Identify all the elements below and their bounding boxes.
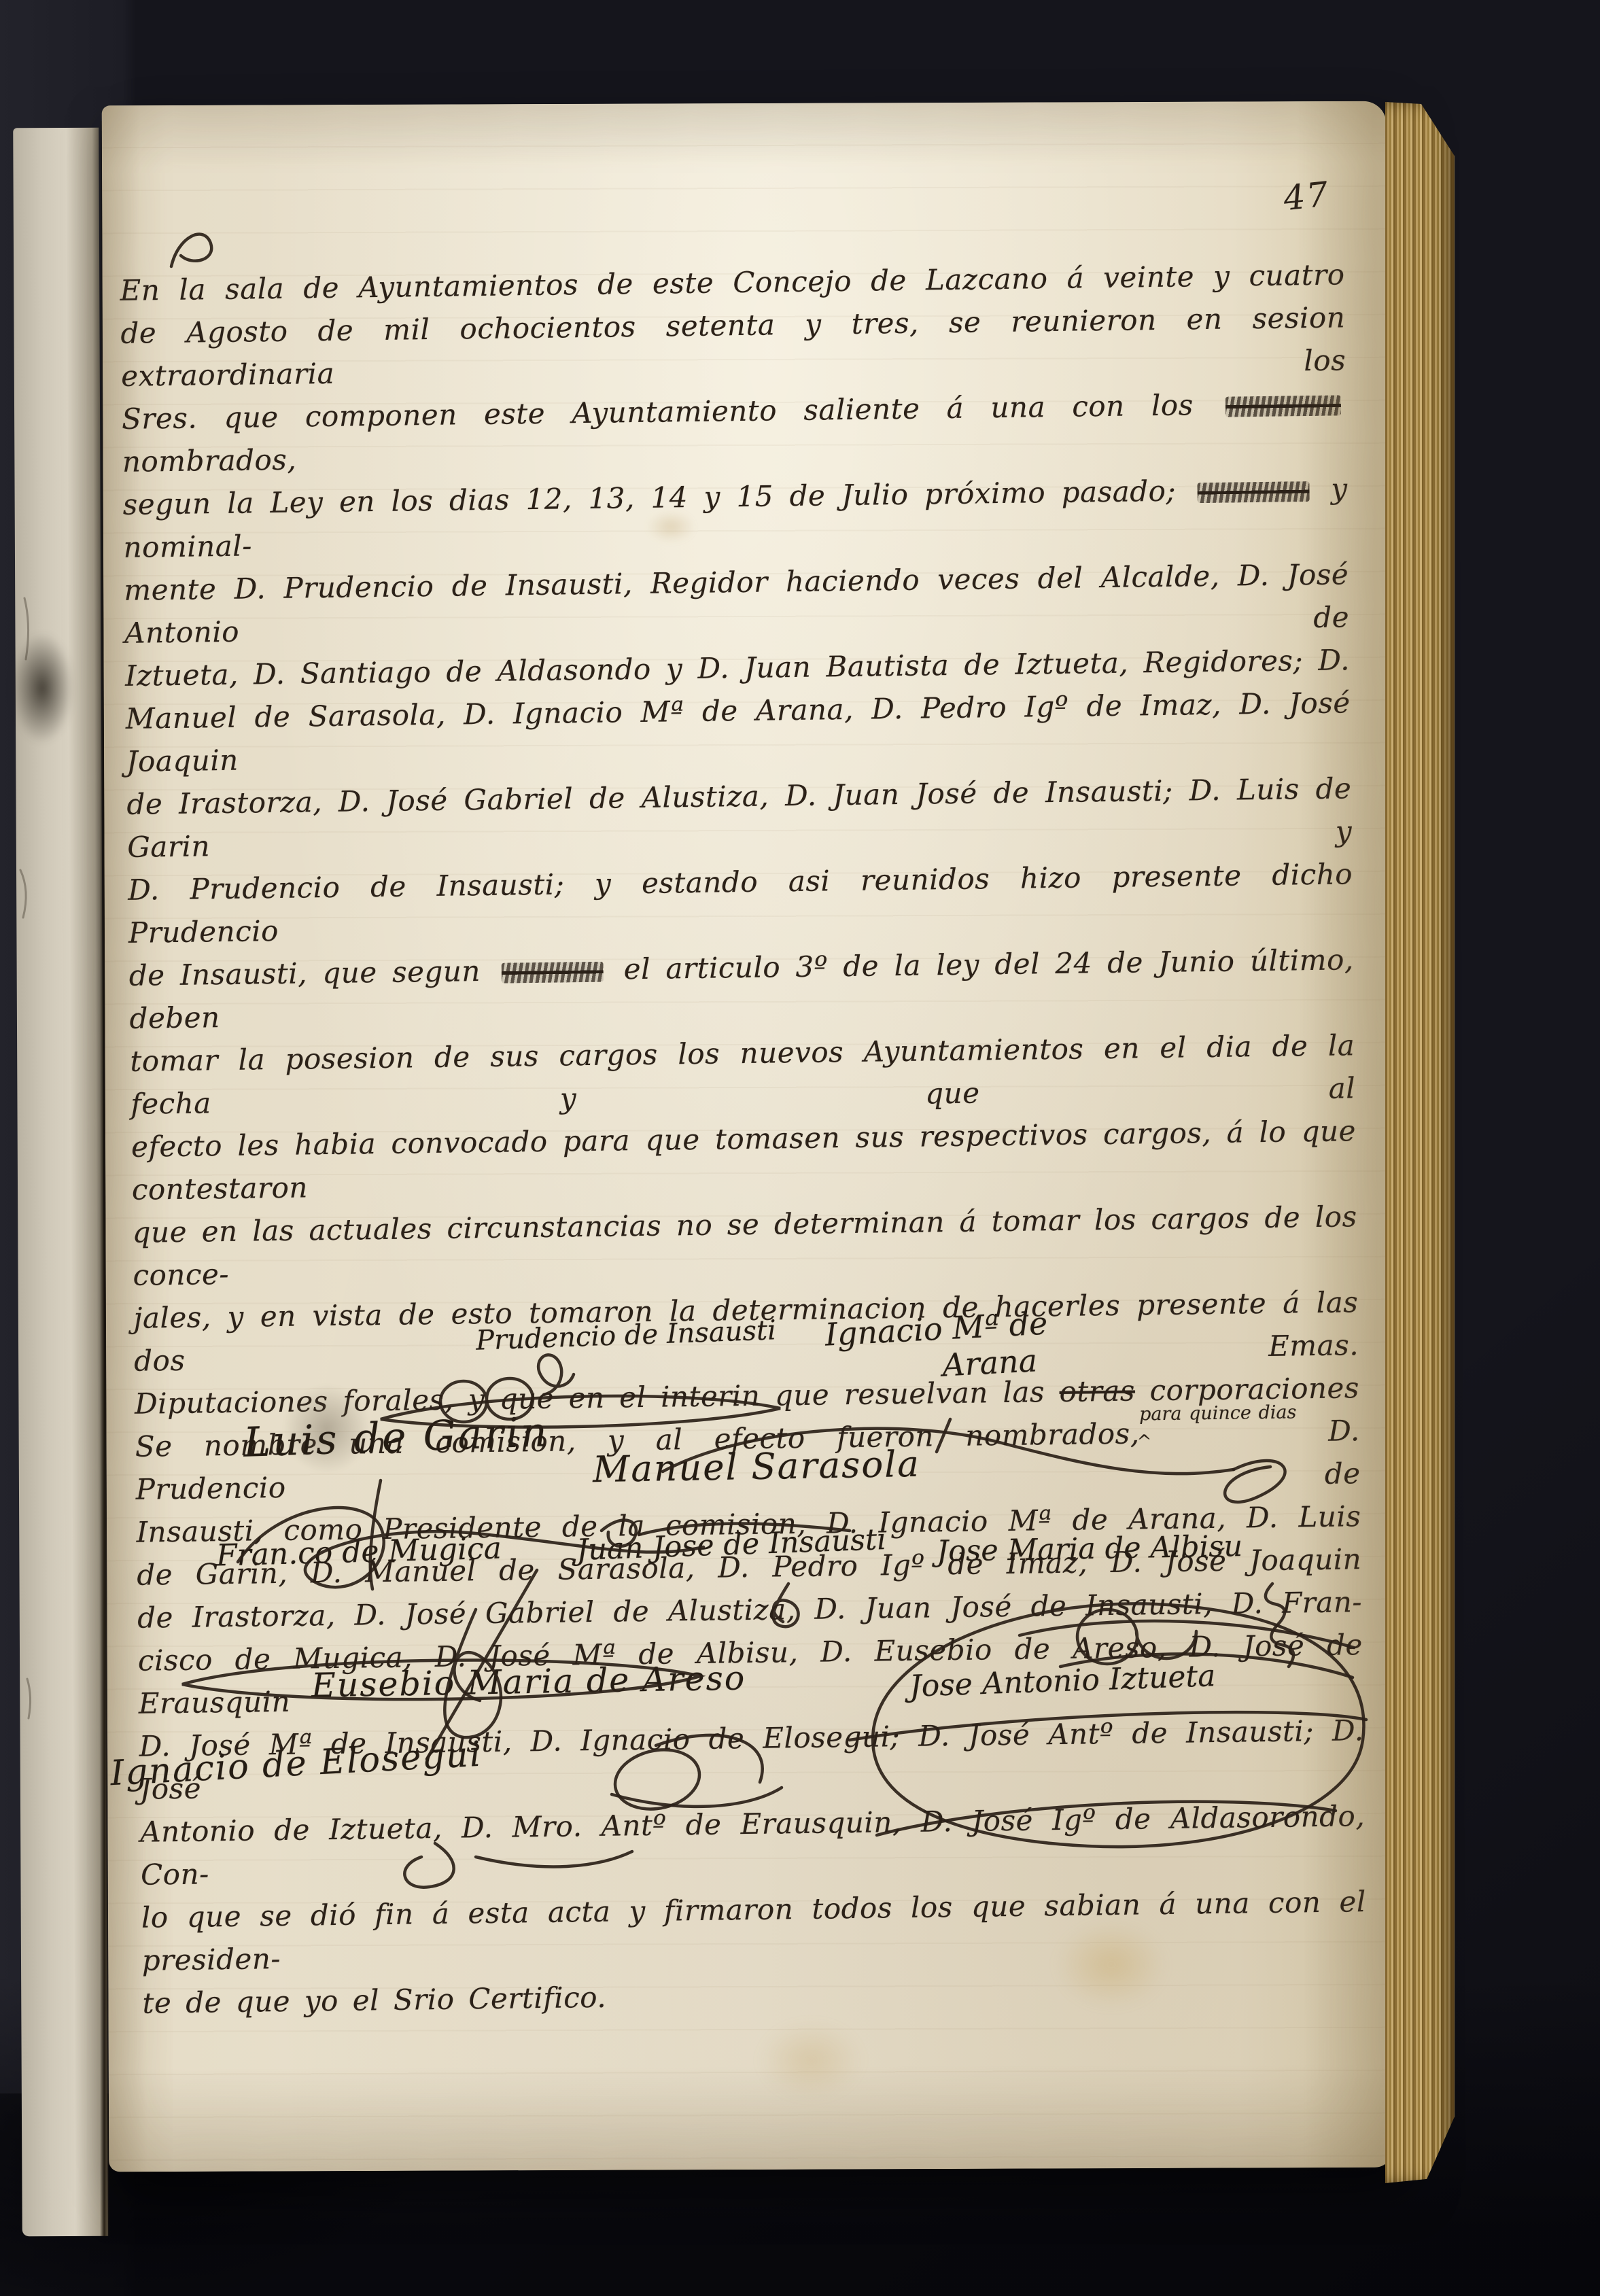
text-line: Antonio de Iztueta, D. Mro. Antº de Erau…	[140, 1794, 1366, 1896]
crossed-out-scribble	[1198, 481, 1310, 503]
signature: Manuel Sarasola	[593, 1444, 921, 1491]
text-line: tomar la posesion de sus cargos los nuev…	[130, 1024, 1355, 1126]
text-line: D. Prudencio de Insausti; y estando asi …	[128, 852, 1353, 954]
foxing-stain	[760, 2022, 862, 2098]
text-segment: de Agosto de mil ochocientos setenta y t…	[120, 300, 1346, 393]
text-segment: corporaciones	[1135, 1371, 1360, 1407]
text-segment: nombrados,	[122, 443, 297, 479]
text-segment: tomar la posesion de sus cargos los nuev…	[130, 1028, 1355, 1121]
text-line: segun la Ley en los dias 12, 13, 14 y 15…	[122, 467, 1348, 569]
signature-name-line: Jose Maria de Albisu	[937, 1529, 1243, 1569]
foxing-stain	[647, 511, 695, 542]
foxing-stain	[1057, 1922, 1166, 2007]
book-page: 47 En la sala de Ayuntamientos de este C…	[102, 101, 1394, 2172]
text-segment: D. Prudencio de Insausti; y estando asi …	[128, 857, 1353, 950]
crossed-out-scribble	[501, 962, 603, 984]
text-segment: el articulo 3º de la ley del 24 de Junio…	[129, 943, 1354, 1035]
signature: Ignacio Mª deArana	[824, 1304, 1050, 1389]
text-segment: que en las actuales circunstancias no se…	[132, 1200, 1357, 1292]
text-segment: Iztueta, D. Santiago de Aldasondo y D. J…	[125, 643, 1350, 693]
text-segment: Antonio de Iztueta, D. Mro. Antº de Erau…	[140, 1799, 1365, 1892]
text-line: Iztueta, D. Santiago de Aldasondo y D. J…	[125, 638, 1351, 697]
text-line: de Agosto de mil ochocientos setenta y t…	[120, 296, 1346, 398]
text-line: de Insausti, que segun el articulo 3º de…	[128, 938, 1354, 1040]
facing-page-edge	[13, 128, 108, 2237]
text-segment: Sres. que componen este Ayuntamiento sal…	[122, 388, 1221, 436]
text-line: Sres. que componen este Ayuntamiento sal…	[122, 381, 1347, 483]
text-line: En la sala de Ayuntamientos de este Conc…	[120, 253, 1345, 312]
text-line: de Irastorza, D. José Gabriel de Alustiz…	[126, 767, 1352, 869]
text-segment: efecto les habia convocado para que toma…	[131, 1114, 1356, 1206]
text-segment: otras	[1059, 1374, 1135, 1408]
signature-name-line: Eusebio Maria de Areso	[311, 1658, 746, 1705]
gilded-fore-edge	[1385, 102, 1455, 2183]
text-segment: lo que se dió fin á esta acta y firmaron…	[141, 1885, 1366, 1977]
page-number: 47	[1281, 171, 1367, 219]
text-segment: En la sala de Ayuntamientos de este Conc…	[120, 258, 1344, 307]
signature: Eusebio Maria de Areso	[311, 1658, 746, 1705]
text-line: que en las actuales circunstancias no se…	[132, 1195, 1357, 1297]
ink-smudge-stain	[11, 632, 73, 744]
text-segment: te de que yo el Srio Certifico.	[142, 1981, 606, 2020]
text-segment: Manuel de Sarasola, D. Ignacio Mª de Ara…	[126, 686, 1351, 778]
text-segment: mente D. Prudencio de Insausti, Regidor …	[124, 557, 1349, 650]
signature-name-line: Arana	[941, 1341, 1050, 1383]
crossed-out-scribble	[1225, 395, 1341, 417]
text-segment: de Irastorza, D. José Gabriel de Alustiz…	[126, 771, 1352, 864]
signature: Jose Maria de Albisu	[937, 1529, 1243, 1569]
text-line: lo que se dió fin á esta acta y firmaron…	[141, 1880, 1367, 1982]
interlinear-insertion: para quince dias	[1139, 1412, 1296, 1414]
scanned-manuscript: 47 En la sala de Ayuntamientos de este C…	[0, 0, 1600, 2296]
signature-name-line: Manuel Sarasola	[593, 1444, 921, 1491]
text-segment: de Insausti, que segun	[128, 954, 495, 992]
text-line: Manuel de Sarasola, D. Ignacio Mª de Ara…	[125, 681, 1351, 783]
text-segment: de Irastorza, D. José Gabriel de Alustiz…	[137, 1585, 1362, 1635]
text-segment: y nominal-	[123, 472, 1348, 564]
text-line: mente D. Prudencio de Insausti, Regidor …	[124, 553, 1349, 655]
text-line: te de que yo el Srio Certifico.	[142, 1966, 1368, 2025]
text-line: efecto les habia convocado para que toma…	[131, 1109, 1357, 1211]
text-line: de Irastorza, D. José Gabriel de Alustiz…	[137, 1580, 1363, 1639]
